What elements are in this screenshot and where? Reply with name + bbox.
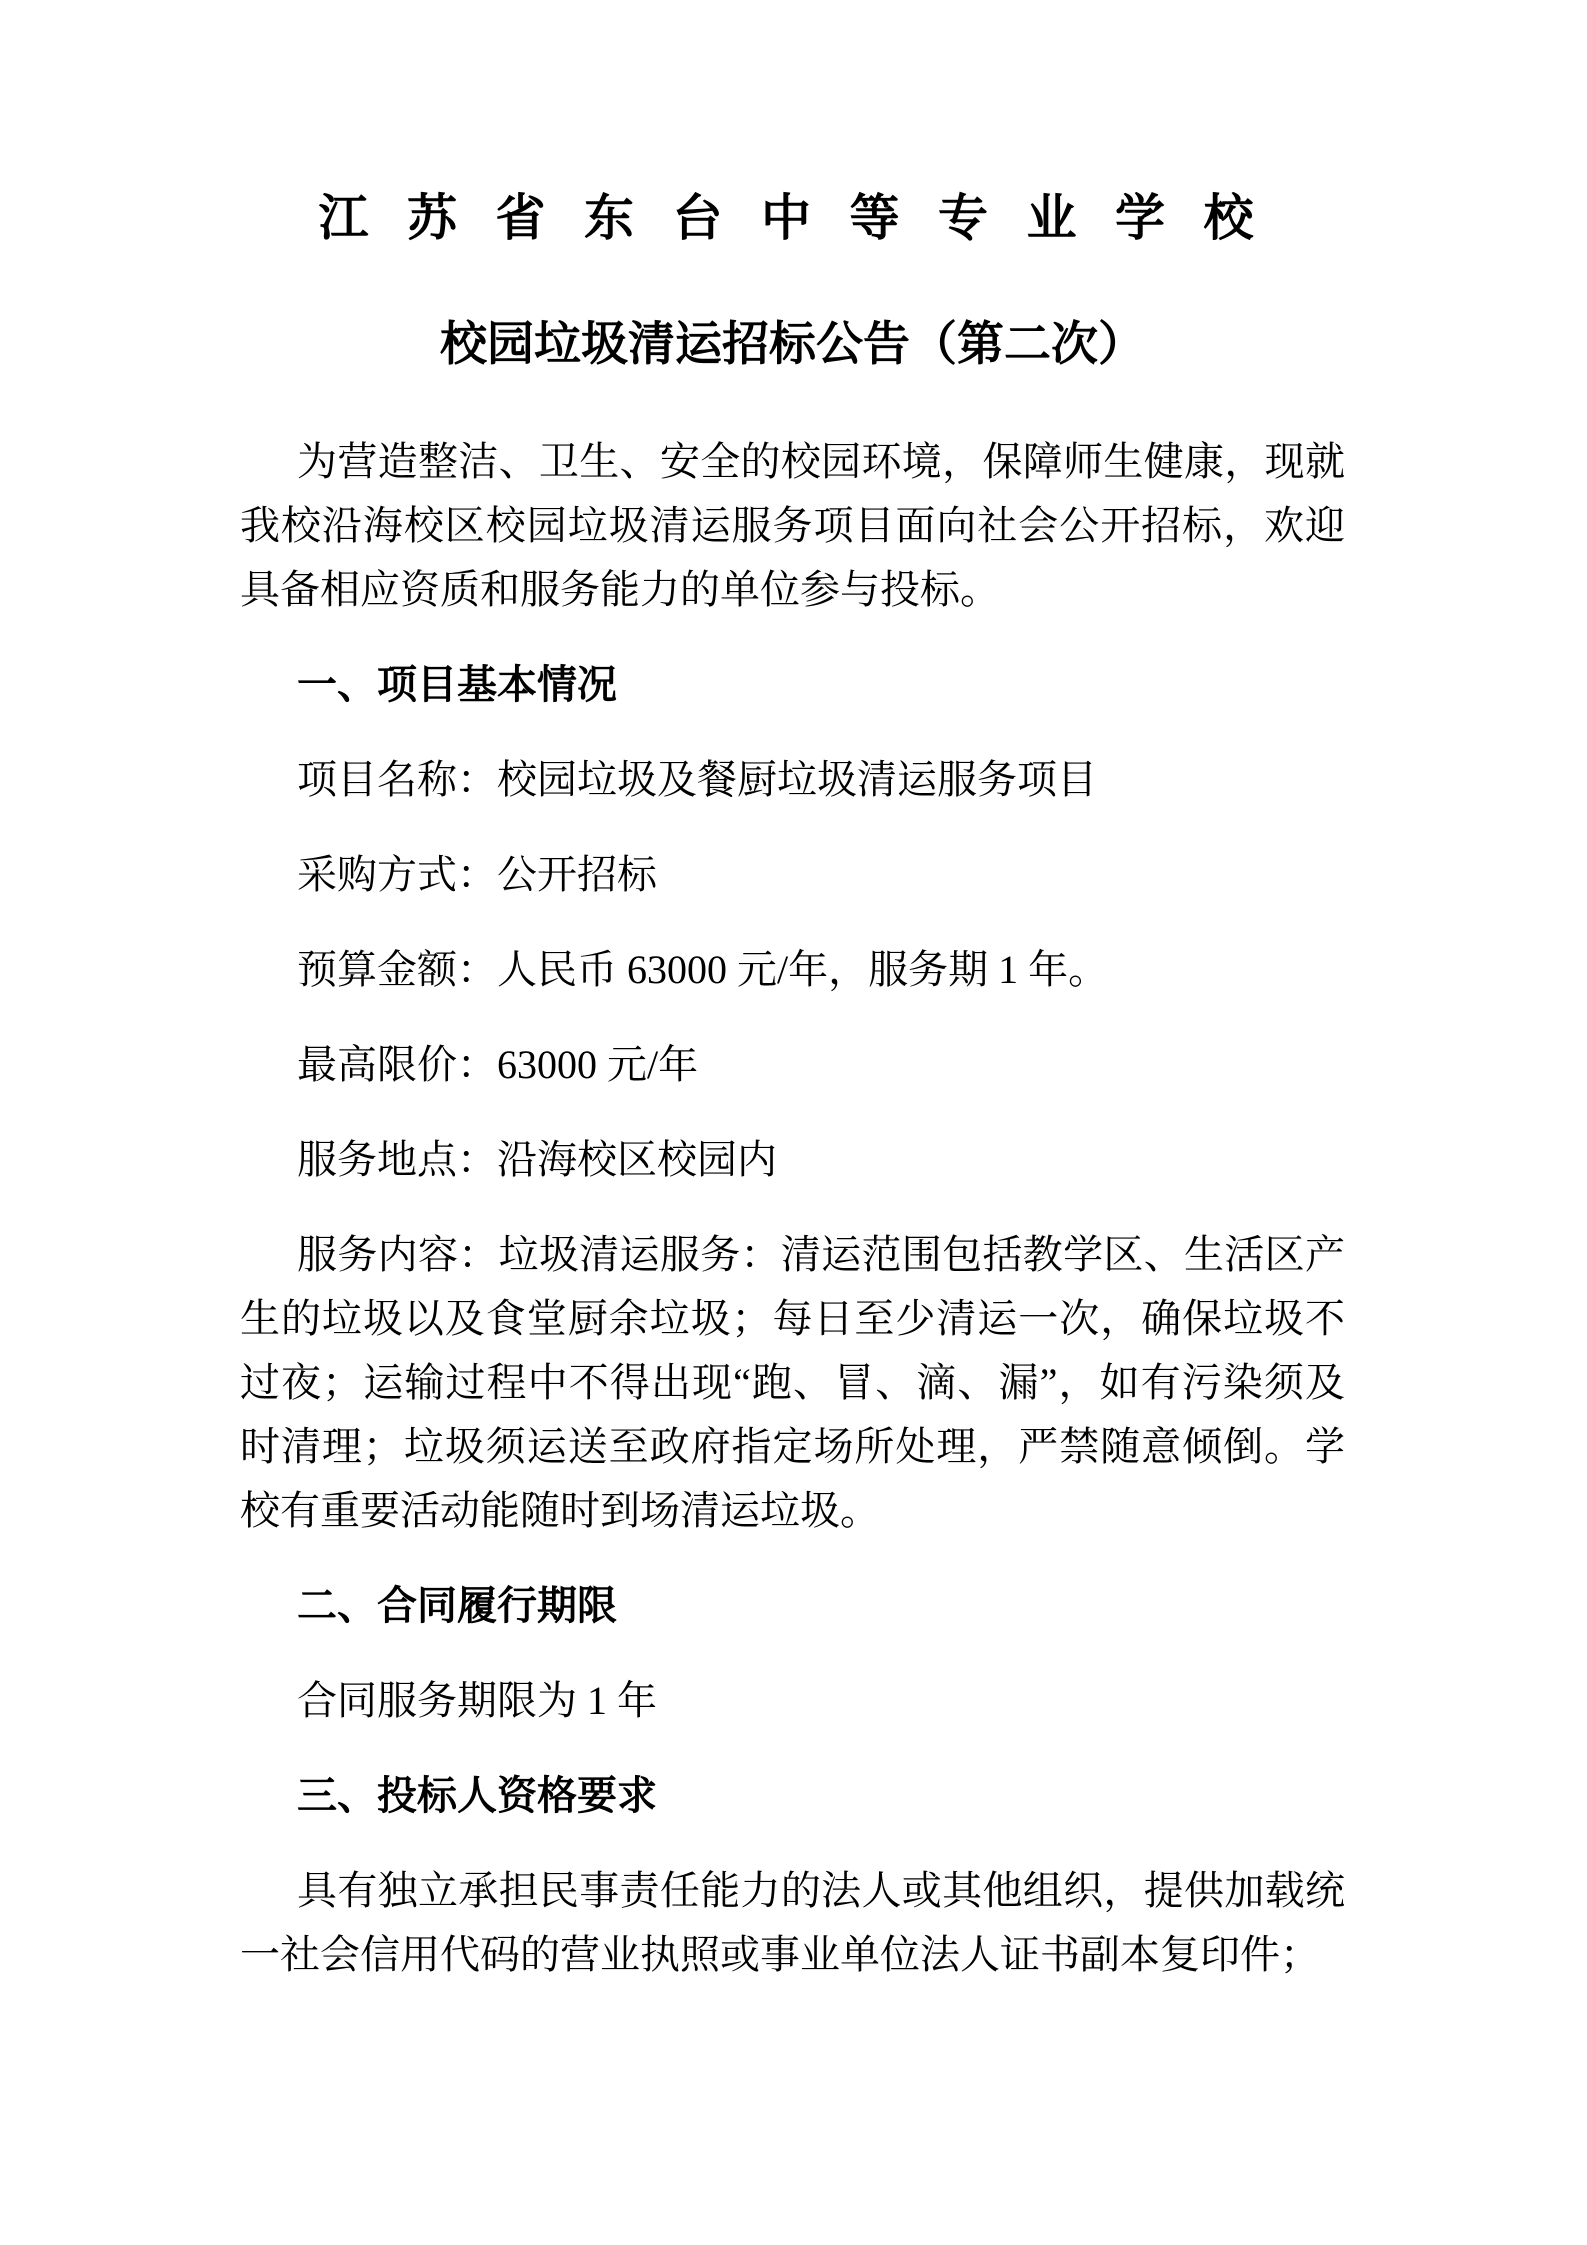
section-3-heading: 三、投标人资格要求 (240, 1764, 1345, 1828)
field-service-location: 服务地点：沿海校区校园内 (240, 1128, 1345, 1192)
service-content-paragraph: 服务内容：垃圾清运服务：清运范围包括教学区、生活区产生的垃圾以及食堂厨余垃圾；每… (240, 1223, 1345, 1543)
field-project-name: 项目名称：校园垃圾及餐厨垃圾清运服务项目 (240, 748, 1345, 812)
intro-paragraph: 为营造整洁、卫生、安全的校园环境，保障师生健康，现就我校沿海校区校园垃圾清运服务… (240, 430, 1345, 622)
bidder-qualification-paragraph: 具有独立承担民事责任能力的法人或其他组织，提供加载统一社会信用代码的营业执照或事… (240, 1859, 1345, 1987)
document-content: 江 苏 省 东 台 中 等 专 业 学 校 校园垃圾清运招标公告（第二次） 为营… (0, 0, 1587, 1987)
field-price-cap: 最高限价：63000 元/年 (240, 1033, 1345, 1097)
section-1-heading: 一、项目基本情况 (240, 653, 1345, 717)
field-budget-amount: 预算金额：人民币 63000 元/年，服务期 1 年。 (240, 938, 1345, 1002)
contract-period-paragraph: 合同服务期限为 1 年 (240, 1669, 1345, 1733)
field-procurement-method: 采购方式：公开招标 (240, 843, 1345, 907)
section-2-heading: 二、合同履行期限 (240, 1574, 1345, 1638)
document-page: 江 苏 省 东 台 中 等 专 业 学 校 校园垃圾清运招标公告（第二次） 为营… (0, 0, 1587, 2245)
document-subtitle: 校园垃圾清运招标公告（第二次） (240, 315, 1345, 376)
document-title: 江 苏 省 东 台 中 等 专 业 学 校 (240, 186, 1345, 251)
